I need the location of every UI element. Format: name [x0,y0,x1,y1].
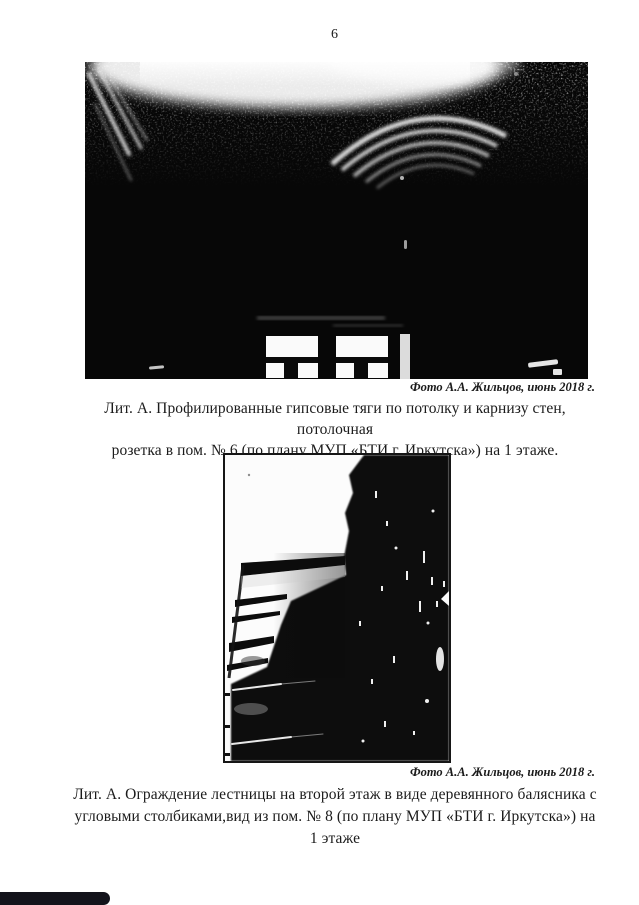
caption-line: Лит. А. Ограждение лестницы на второй эт… [70,784,600,806]
bottom-left-black-bar [0,892,110,905]
photo-ceiling-mouldings [85,62,588,379]
figure-caption: Лит. А. Профилированные гипсовые тяги по… [70,398,600,461]
document-page: 6 [0,0,639,905]
photo-credit: Фото А.А. Жильцов, июнь 2018 г. [85,765,595,780]
photo-stair-railing [223,453,451,763]
page-number: 6 [31,27,639,43]
photo-stair-railing-art [223,453,451,763]
photo-ceiling-mouldings-art [85,62,588,379]
figure-caption: Лит. А. Ограждение лестницы на второй эт… [70,784,600,850]
photo-credit: Фото А.А. Жильцов, июнь 2018 г. [85,380,595,395]
caption-line: угловыми столбиками,вид из пом. № 8 (по … [70,806,600,828]
caption-line: 1 этаже [70,828,600,850]
caption-line: Лит. А. Профилированные гипсовые тяги по… [70,398,600,440]
